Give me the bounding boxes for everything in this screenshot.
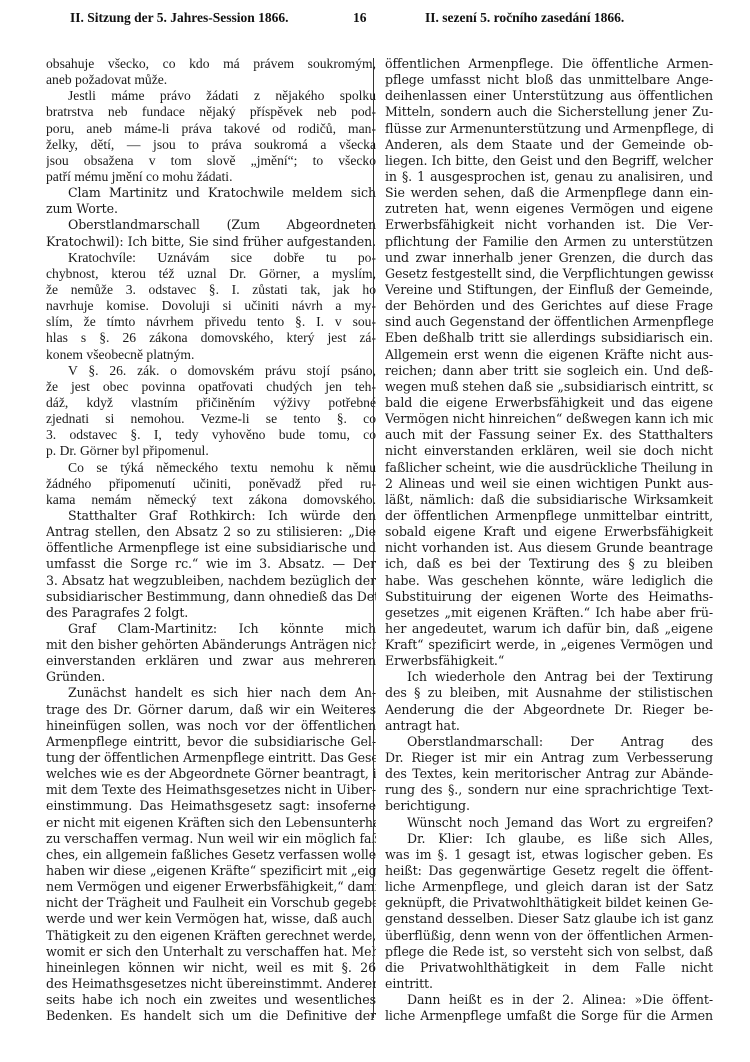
text-line: geknüpft, die Privatwohlthätigkeit bilde… <box>385 895 713 911</box>
text-line: liche Armenpflege umfaßt die Sorge für d… <box>385 1008 713 1024</box>
text-line: des Textes, kein meritorischer Antrag zu… <box>385 766 713 782</box>
text-line: Sie werden sehen, daß die Armenpflege da… <box>385 185 713 201</box>
text-line: bald die eigene Erwerbsfähigkeit und das… <box>385 395 713 411</box>
text-line: nem Vermögen und eigener Erwerbsfähigkei… <box>46 879 376 895</box>
text-line: und zwar innerhalb jener Grenzen, die du… <box>385 250 713 266</box>
text-line: Thätigkeit zu den eigenen Kräften gerech… <box>46 928 376 944</box>
text-line: deihenlassen einer Unterstützung aus öff… <box>385 88 713 104</box>
text-line: konem všeobecně platným. <box>46 347 376 363</box>
text-line: zutreten hat, wenn eigenes Vermögen und … <box>385 201 713 217</box>
text-line: Gründen. <box>46 669 376 685</box>
text-line: überflüßig, denn wenn von der öffentlich… <box>385 928 713 944</box>
text-line: Eben deßhalb tritt sie allerdings subsid… <box>385 330 713 346</box>
text-line: Bedenken. Es handelt sich um die Definit… <box>46 1008 376 1024</box>
text-line: aneb požadovat může. <box>46 72 376 88</box>
column-divider <box>373 58 374 1018</box>
text-line: hlas s §. 26 zákona domovského, který je… <box>46 330 376 346</box>
text-line: sobald eigene Kraft und eigene Erwerbsfä… <box>385 524 713 540</box>
text-line: flüsse zur Armenunterstützung und Armenp… <box>385 121 713 137</box>
text-line: gesetzes „mit eigenen Kräften.“ Ich habe… <box>385 605 713 621</box>
text-line: der öffentlichen Armenpflege unmittelbar… <box>385 508 713 524</box>
text-line: nicht vorhanden ist. Aus diesem Grunde b… <box>385 540 713 556</box>
text-line: kama nemám německý text zákona domovskéh… <box>46 492 376 508</box>
text-line: habe. Was geschehen könnte, wäre ledigli… <box>385 573 713 589</box>
text-line: V §. 26. zák. o domovském právu stojí ps… <box>46 363 376 379</box>
text-line: welches wie es der Abgeordnete Görner be… <box>46 766 376 782</box>
text-line: Graf Clam-Martinitz: Ich könnte mich <box>46 621 376 637</box>
text-line: Dr. Rieger ist mir ein Antrag zum Verbes… <box>385 750 713 766</box>
text-line: Zunächst handelt es sich hier nach dem A… <box>46 685 376 701</box>
text-line: navrhuje komise. Dovoluji si učiniti náv… <box>46 298 376 314</box>
text-line: Dr. Klier: Ich glaube, es liße sich Alle… <box>385 831 713 847</box>
text-line: 3. Absatz hat wegzubleiben, nachdem bezü… <box>46 573 376 589</box>
text-line: die Privatwohlthätigkeit in dem Falle ni… <box>385 960 713 976</box>
text-line: Aenderung die der Abgeordnete Dr. Rieger… <box>385 702 713 718</box>
text-line: Substituirung der eigenen Worte des Heim… <box>385 589 713 605</box>
text-line: Armenpflege eintritt, bevor die subsidia… <box>46 734 376 750</box>
text-line: trage des Dr. Görner darum, daß wir ein … <box>46 702 376 718</box>
text-line: slím, že tímto návrhem přivedu tento §. … <box>46 314 376 330</box>
text-line: werde und wer kein Vermögen hat, wisse, … <box>46 911 376 927</box>
text-line: tung der öffentlichen Armenpflege eintri… <box>46 750 376 766</box>
text-line: Vereine und Stiftungen, der Einfluß der … <box>385 282 713 298</box>
text-line: Oberstlandmarschall: Der Antrag des <box>385 734 713 750</box>
text-line: sind auch Gegenstand der öffentlichen Ar… <box>385 314 713 330</box>
text-line: Wünscht noch Jemand das Wort zu ergreife… <box>385 815 713 831</box>
text-line: Oberstlandmarschall (Zum Abgeordneten <box>46 217 376 233</box>
text-line: nicht der Trägheit und Faulheit ein Vors… <box>46 895 376 911</box>
text-line: zjednati si nemohou. Vezme-li se tento §… <box>46 411 376 427</box>
text-line: rung des §., sondern nur eine sprachrich… <box>385 782 713 798</box>
text-line: pflege die Rede ist, so versteht sich vo… <box>385 944 713 960</box>
text-line: dáž, když vlastním přičiněním výživy pot… <box>46 395 376 411</box>
text-line: zu verschaffen vermag. Nun weil wir ein … <box>46 831 376 847</box>
text-line: des Paragrafes 2 folgt. <box>46 605 376 621</box>
text-line: er nicht mit eigenen Kräften sich den Le… <box>46 815 376 831</box>
text-line: hineinlegen können wir nicht, weil es mi… <box>46 960 376 976</box>
text-line: läßt, nämlich: daß die subsidiarische Wi… <box>385 492 713 508</box>
text-line: 2 Alineas und weil sie einen wichtigen P… <box>385 476 713 492</box>
text-line: Vermögen nicht hinreichen“ deßwegen kann… <box>385 411 713 427</box>
text-line: patří mému jmění co mohu žádati. <box>46 169 376 185</box>
text-line: pflichtung der Familie den Armen zu unte… <box>385 234 713 250</box>
text-line: želky, dětí, — jsou to práva soukromá a … <box>46 137 376 153</box>
text-line: Jestli máme právo žádati z nějakého spol… <box>46 88 376 104</box>
page-header: II. Sitzung der 5. Jahres-Session 1866. … <box>0 10 750 30</box>
text-line: Anderen, als dem Staate und der Gemeinde… <box>385 137 713 153</box>
text-line: umfasst die Sorge rc.“ wie im 3. Absatz.… <box>46 556 376 572</box>
text-line: Kratochvíle: Uznávám sice dobře tu po- <box>46 250 376 266</box>
text-line: Antrag stellen, den Absatz 2 so zu stili… <box>46 524 376 540</box>
text-line: der Behörden und des Gerichtes auf diese… <box>385 298 713 314</box>
text-line: seits habe ich noch ein zweites und wese… <box>46 992 376 1008</box>
text-line: p. Dr. Görner byl připomenul. <box>46 443 376 459</box>
text-line: 3. odstavec §. I, tedy vyhověno bude tom… <box>46 427 376 443</box>
text-line: genstand desselben. Dieser Satz glaube i… <box>385 911 713 927</box>
text-line: des § zu bleiben, mit Ausnahme der stili… <box>385 685 713 701</box>
text-line: Erwerbsfähigkeit.“ <box>385 653 713 669</box>
text-line: heißt: Das gegenwärtige Gesetz regelt di… <box>385 863 713 879</box>
text-line: obsahuje všecko, co kdo má právem soukro… <box>46 56 376 72</box>
text-line: womit er sich den Unterhalt zu verschaff… <box>46 944 376 960</box>
text-line: liegen. Ich bitte, den Geist und den Beg… <box>385 153 713 169</box>
text-line: poru, aneb máme-li práva takové od rodič… <box>46 121 376 137</box>
text-line: was im §. 1 gesagt ist, etwas logischer … <box>385 847 713 863</box>
text-line: nicht einverstanden erklären, weil sie d… <box>385 443 713 459</box>
text-line: mit den bisher gehörten Abänderungs Antr… <box>46 637 376 653</box>
text-line: Kratochwil): Ich bitte, Sie sind früher … <box>46 234 376 250</box>
text-line: Co se týká německého textu nemohu k němu <box>46 460 376 476</box>
text-line: öffentliche Armenpflege ist eine subsidi… <box>46 540 376 556</box>
text-line: Mitteln, sondern auch die Sicherstellung… <box>385 104 713 120</box>
text-line: mit dem Texte des Heimathsgesetzes nicht… <box>46 782 376 798</box>
text-line: Gesetz festgestellt sind, die Verpflicht… <box>385 266 713 282</box>
text-line: ches, ein allgemein faßliches Gesetz ver… <box>46 847 376 863</box>
text-line: žádného připomenutí učiniti, poněvadž př… <box>46 476 376 492</box>
text-line: Clam Martinitz und Kratochwile meldem si… <box>46 185 376 201</box>
header-czech-title: II. sezení 5. ročního zasedání 1866. <box>425 10 624 26</box>
text-line: bratrstva neb fundace nějaký příspěvek n… <box>46 104 376 120</box>
header-german-title: II. Sitzung der 5. Jahres-Session 1866. <box>70 10 289 26</box>
text-line: einverstanden erklären und zwar aus mehr… <box>46 653 376 669</box>
text-line: liche Armenpflege, und gleich daran ist … <box>385 879 713 895</box>
text-line: faßlicher scheint, wie die ausdrückliche… <box>385 460 713 476</box>
text-line: pflege umfasst nicht bloß das unmittelba… <box>385 72 713 88</box>
left-text-column: obsahuje všecko, co kdo má právem soukro… <box>46 56 376 1024</box>
text-line: Ich wiederhole den Antrag bei der Textir… <box>385 669 713 685</box>
text-line: antragt hat. <box>385 718 713 734</box>
text-line: Statthalter Graf Rothkirch: Ich würde de… <box>46 508 376 524</box>
text-line: Erwerbsfähigkeit nicht vorhanden ist. Di… <box>385 217 713 233</box>
text-line: ich, daß es bei der Textirung des § zu b… <box>385 556 713 572</box>
text-line: zum Worte. <box>46 201 376 217</box>
text-line: že nemůže 3. odstavec §. I. zůstati tak,… <box>46 282 376 298</box>
text-line: chybnost, kterou též uznal Dr. Görner, a… <box>46 266 376 282</box>
text-line: hineinfügen sollen, was noch vor der öff… <box>46 718 376 734</box>
text-line: berichtigung. <box>385 798 713 814</box>
text-line: že jest obec povinna opatřovati chudých … <box>46 379 376 395</box>
text-line: auch mit der Fassung seiner Ex. des Stat… <box>385 427 713 443</box>
text-line: in §. 1 ausgesprochen ist, genau zu anal… <box>385 169 713 185</box>
text-line: jsou obsažena v tom slově „jmění“; to vš… <box>46 153 376 169</box>
text-line: her angedeutet, warum ich dafür bin, daß… <box>385 621 713 637</box>
text-line: subsidiarischer Bestimmung, dann ohnedie… <box>46 589 376 605</box>
text-line: wegen muß stehen daß sie „subsidiarisch … <box>385 379 713 395</box>
text-line: des Heimathsgesetzes nicht übereinstimmt… <box>46 976 376 992</box>
text-line: Allgemein erst wenn die eigenen Kräfte n… <box>385 347 713 363</box>
text-line: eintritt. <box>385 976 713 992</box>
text-line: einstimmung. Das Heimathsgesetz sagt: in… <box>46 798 376 814</box>
text-line: Dann heißt es in der 2. Alinea: »Die öff… <box>385 992 713 1008</box>
page-number: 16 <box>353 10 367 26</box>
right-text-column: öffentlichen Armenpflege. Die öffentlich… <box>385 56 713 1024</box>
text-line: reichen; dann aber tritt sie sogleich ei… <box>385 363 713 379</box>
text-line: haben wir diese „eigenen Kräfte“ spezifi… <box>46 863 376 879</box>
text-line: Kraft“ spezificirt werde, in „eigenes Ve… <box>385 637 713 653</box>
text-line: öffentlichen Armenpflege. Die öffentlich… <box>385 56 713 72</box>
